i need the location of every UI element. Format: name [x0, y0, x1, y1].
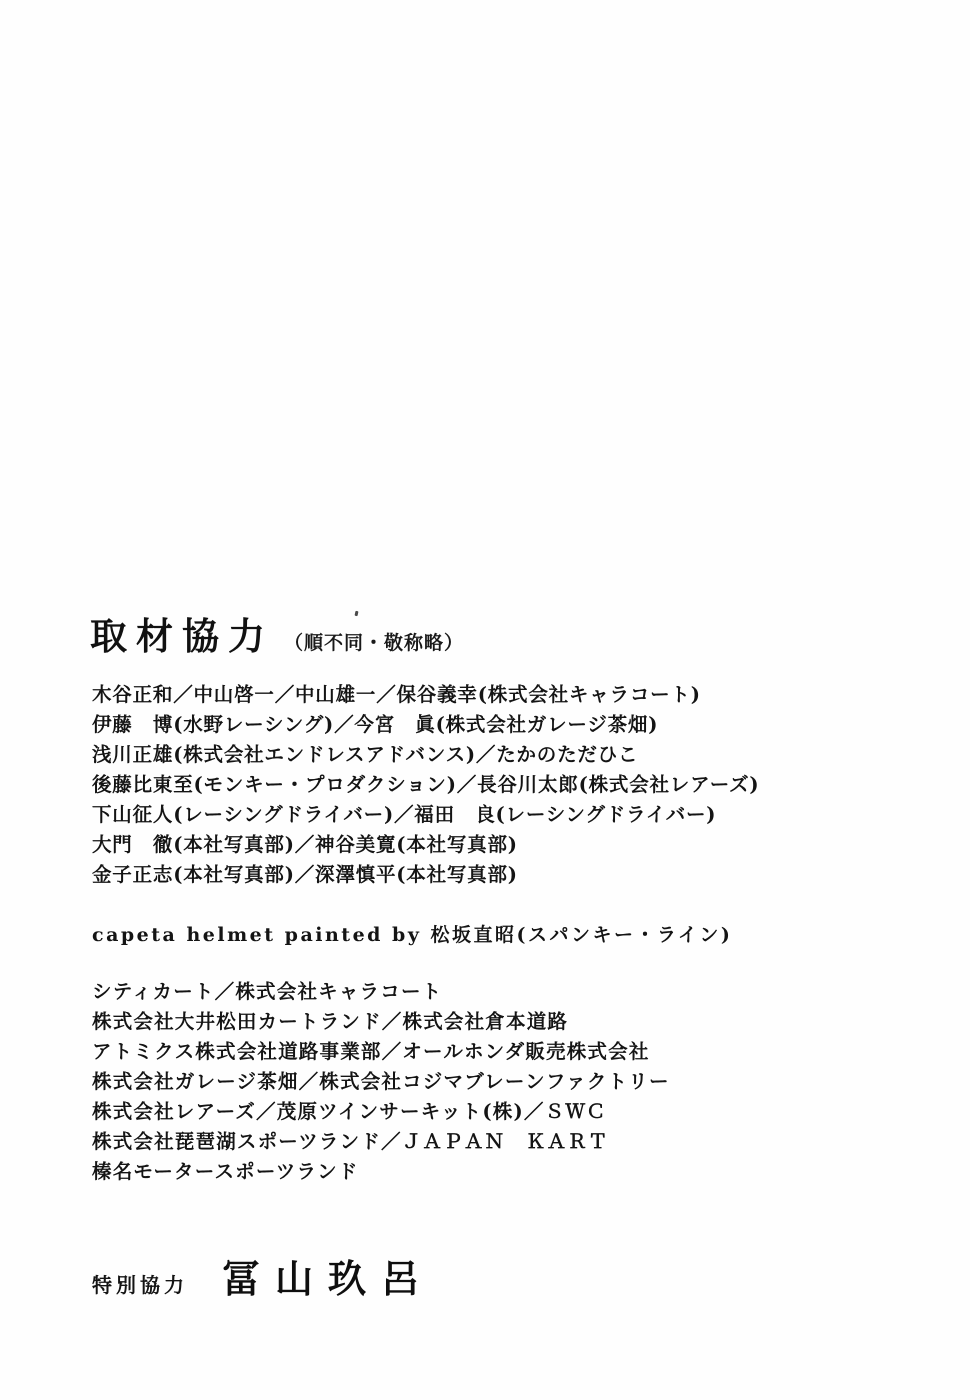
credit-line: 大門 徹(本社写真部)／神谷美寛(本社写真部) — [92, 830, 902, 860]
credits-page: 取材協力 （順不同・敬称略） 木谷正和／中山啓一／中山雄一／保谷義幸(株式会社キ… — [0, 0, 970, 1400]
company-line: シティカート／株式会社キャラコート — [92, 977, 902, 1007]
credit-line: 後藤比東至(モンキー・プロダクション)／長谷川太郎(株式会社レアーズ) — [92, 770, 902, 800]
company-line: 株式会社レアーズ／茂原ツインサーキット(株)／ＳＷＣ — [92, 1097, 902, 1127]
credits-list: 木谷正和／中山啓一／中山雄一／保谷義幸(株式会社キャラコート) 伊藤 博(水野レ… — [92, 680, 902, 890]
companies-list: シティカート／株式会社キャラコート 株式会社大井松田カートランド／株式会社倉本道… — [92, 977, 902, 1187]
credit-line: 金子正志(本社写真部)／深澤慎平(本社写真部) — [92, 860, 902, 890]
company-line: 榛名モータースポーツランド — [92, 1157, 902, 1187]
special-thanks-row: 特別協力 冨山玖呂 — [92, 1248, 434, 1303]
company-line: 株式会社大井松田カートランド／株式会社倉本道路 — [92, 1007, 902, 1037]
credit-line: 伊藤 博(水野レーシング)／今宮 眞(株式会社ガレージ茶畑) — [92, 710, 902, 740]
special-thanks-label: 特別協力 — [92, 1269, 188, 1298]
credit-line: 浅川正雄(株式会社エンドレスアドバンス)／たかのただひこ — [92, 740, 902, 770]
credit-line: 木谷正和／中山啓一／中山雄一／保谷義幸(株式会社キャラコート) — [92, 680, 902, 710]
special-thanks-name: 冨山玖呂 — [222, 1248, 434, 1303]
credit-line: 下山征人(レーシングドライバー)／福田 良(レーシングドライバー) — [92, 800, 902, 830]
section-title-row: 取材協力 （順不同・敬称略） — [90, 606, 464, 660]
page-title: 取材協力 — [90, 606, 274, 660]
company-line: アトミクス株式会社道路事業部／オールホンダ販売株式会社 — [92, 1037, 902, 1067]
page-title-note: （順不同・敬称略） — [284, 628, 464, 655]
company-line: 株式会社ガレージ茶畑／株式会社コジマブレーンファクトリー — [92, 1067, 902, 1097]
company-line: 株式会社琵琶湖スポーツランド／ＪＡＰＡＮ ＫＡＲＴ — [92, 1127, 902, 1157]
helmet-credit-line: capeta helmet painted by 松坂直昭(スパンキー・ライン) — [92, 920, 732, 947]
